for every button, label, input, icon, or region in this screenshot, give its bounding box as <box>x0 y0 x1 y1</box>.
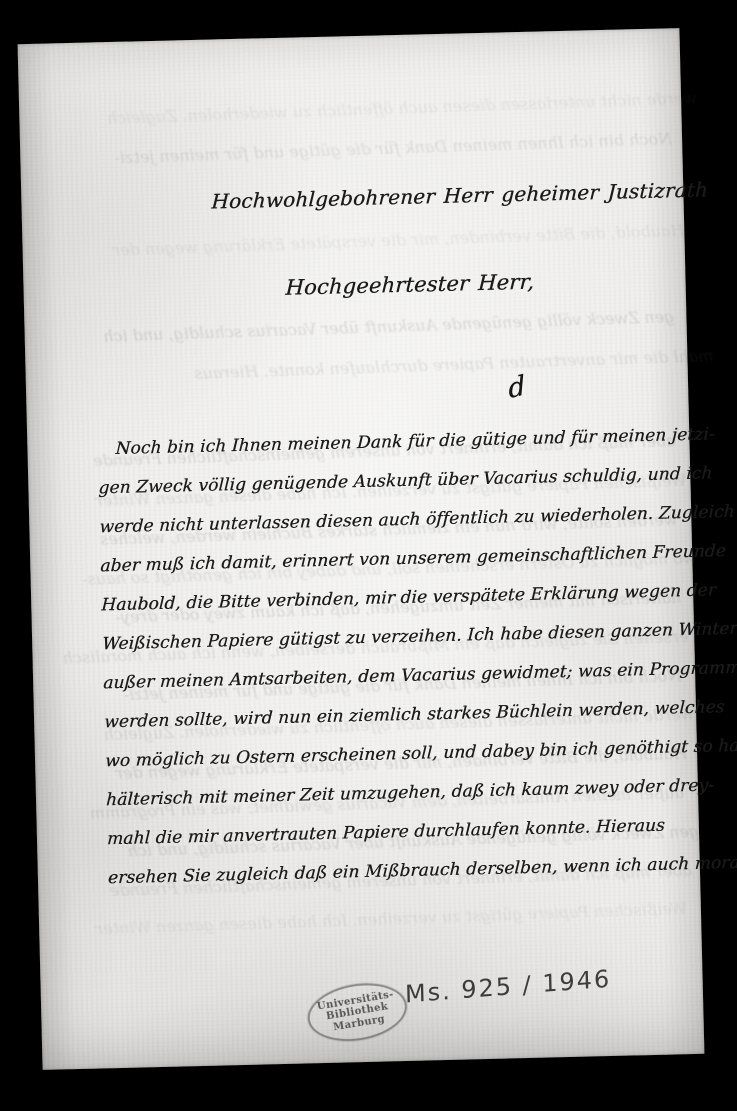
shelfmark: Ms. 925 / 1946 <box>405 965 612 1009</box>
library-stamp: Universitäts- Bibliothek Marburg <box>303 976 411 1048</box>
manuscript-paper: werde nicht unterlassen diesen auch öffe… <box>18 28 705 1070</box>
show-through-line: Noch bin ich Ihnen meinen Dank für die g… <box>24 129 672 171</box>
show-through-line: Haubold, die Bitte verbinden, mir die ve… <box>36 221 684 263</box>
show-through-line: mahl die mir anvertrauten Papiere durchl… <box>65 346 713 388</box>
stray-ink-mark: d <box>507 370 527 405</box>
salutation-line: Hochwohlgebohrener Herr geheimer Justizr… <box>211 177 709 213</box>
show-through-line: gen Zweck völlig genügende Auskunft über… <box>26 307 674 349</box>
letter-body: Noch bin ich Ihnen meinen Dank für die g… <box>97 416 694 898</box>
address-line: Hochgeehrtester Herr, <box>285 270 535 300</box>
show-through-line: Weißischen Papiere gütigst zu verzeihen.… <box>39 899 687 941</box>
show-through-line: werde nicht unterlassen diesen auch öffe… <box>49 88 697 130</box>
scanned-manuscript-page: { "scan": { "background_color": "#000000… <box>0 0 737 1111</box>
